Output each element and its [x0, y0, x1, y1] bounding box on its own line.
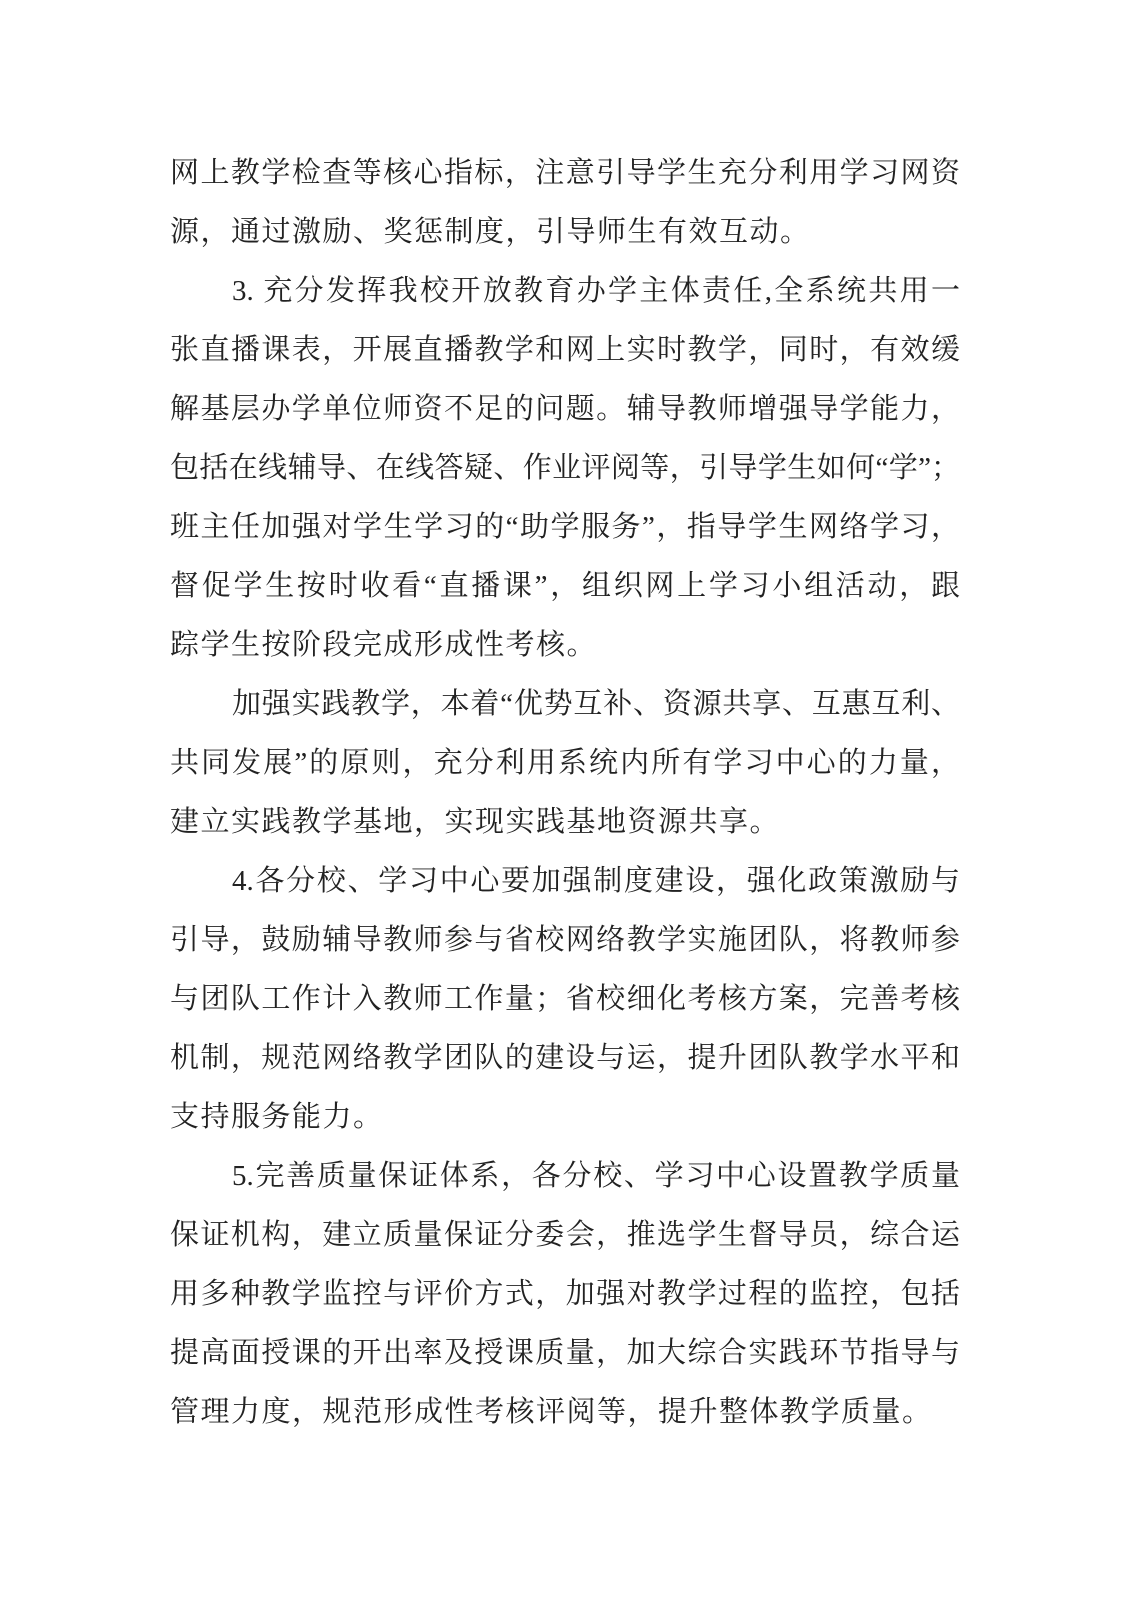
- document-body: 网上教学检查等核心指标，注意引导学生充分利用学习网资 源，通过激励、奖惩制度，引…: [170, 144, 960, 1442]
- document-line: 网上教学检查等核心指标，注意引导学生充分利用学习网资: [170, 144, 960, 203]
- document-line: 提高面授课的开出率及授课质量，加大综合实践环节指导与: [170, 1324, 960, 1383]
- document-line: 保证机构，建立质量保证分委会，推选学生督导员，综合运: [170, 1206, 960, 1265]
- paragraph: 网上教学检查等核心指标，注意引导学生充分利用学习网资 源，通过激励、奖惩制度，引…: [170, 144, 960, 262]
- document-line: 5.完善质量保证体系，各分校、学习中心设置教学质量: [170, 1147, 960, 1206]
- document-line: 建立实践教学基地，实现实践基地资源共享。: [170, 793, 960, 852]
- paragraph: 5.完善质量保证体系，各分校、学习中心设置教学质量 保证机构，建立质量保证分委会…: [170, 1147, 960, 1442]
- document-line: 共同发展”的原则，充分利用系统内所有学习中心的力量，: [170, 734, 960, 793]
- document-line: 加强实践教学，本着“优势互补、资源共享、互惠互利、: [170, 675, 960, 734]
- document-line: 班主任加强对学生学习的“助学服务”，指导学生网络学习，: [170, 498, 960, 557]
- document-line: 3. 充分发挥我校开放教育办学主体责任,全系统共用一: [170, 262, 960, 321]
- document-line: 用多种教学监控与评价方式，加强对教学过程的监控，包括: [170, 1265, 960, 1324]
- paragraph: 3. 充分发挥我校开放教育办学主体责任,全系统共用一 张直播课表，开展直播教学和…: [170, 262, 960, 675]
- document-line: 张直播课表，开展直播教学和网上实时教学，同时，有效缓: [170, 321, 960, 380]
- document-page: 网上教学检查等核心指标，注意引导学生充分利用学习网资 源，通过激励、奖惩制度，引…: [0, 0, 1131, 1600]
- document-line: 机制，规范网络教学团队的建设与运，提升团队教学水平和: [170, 1029, 960, 1088]
- document-line: 与团队工作计入教师工作量；省校细化考核方案，完善考核: [170, 970, 960, 1029]
- document-line: 包括在线辅导、在线答疑、作业评阅等，引导学生如何“学”；: [170, 439, 960, 498]
- paragraph: 加强实践教学，本着“优势互补、资源共享、互惠互利、 共同发展”的原则，充分利用系…: [170, 675, 960, 852]
- document-line: 踪学生按阶段完成形成性考核。: [170, 616, 960, 675]
- document-line: 解基层办学单位师资不足的问题。辅导教师增强导学能力，: [170, 380, 960, 439]
- document-line: 管理力度，规范形成性考核评阅等，提升整体教学质量。: [170, 1383, 960, 1442]
- paragraph: 4.各分校、学习中心要加强制度建设，强化政策激励与 引导，鼓励辅导教师参与省校网…: [170, 852, 960, 1147]
- document-line: 源，通过激励、奖惩制度，引导师生有效互动。: [170, 203, 960, 262]
- document-line: 引导，鼓励辅导教师参与省校网络教学实施团队，将教师参: [170, 911, 960, 970]
- document-line: 支持服务能力。: [170, 1088, 960, 1147]
- document-line: 督促学生按时收看“直播课”，组织网上学习小组活动，跟: [170, 557, 960, 616]
- document-line: 4.各分校、学习中心要加强制度建设，强化政策激励与: [170, 852, 960, 911]
